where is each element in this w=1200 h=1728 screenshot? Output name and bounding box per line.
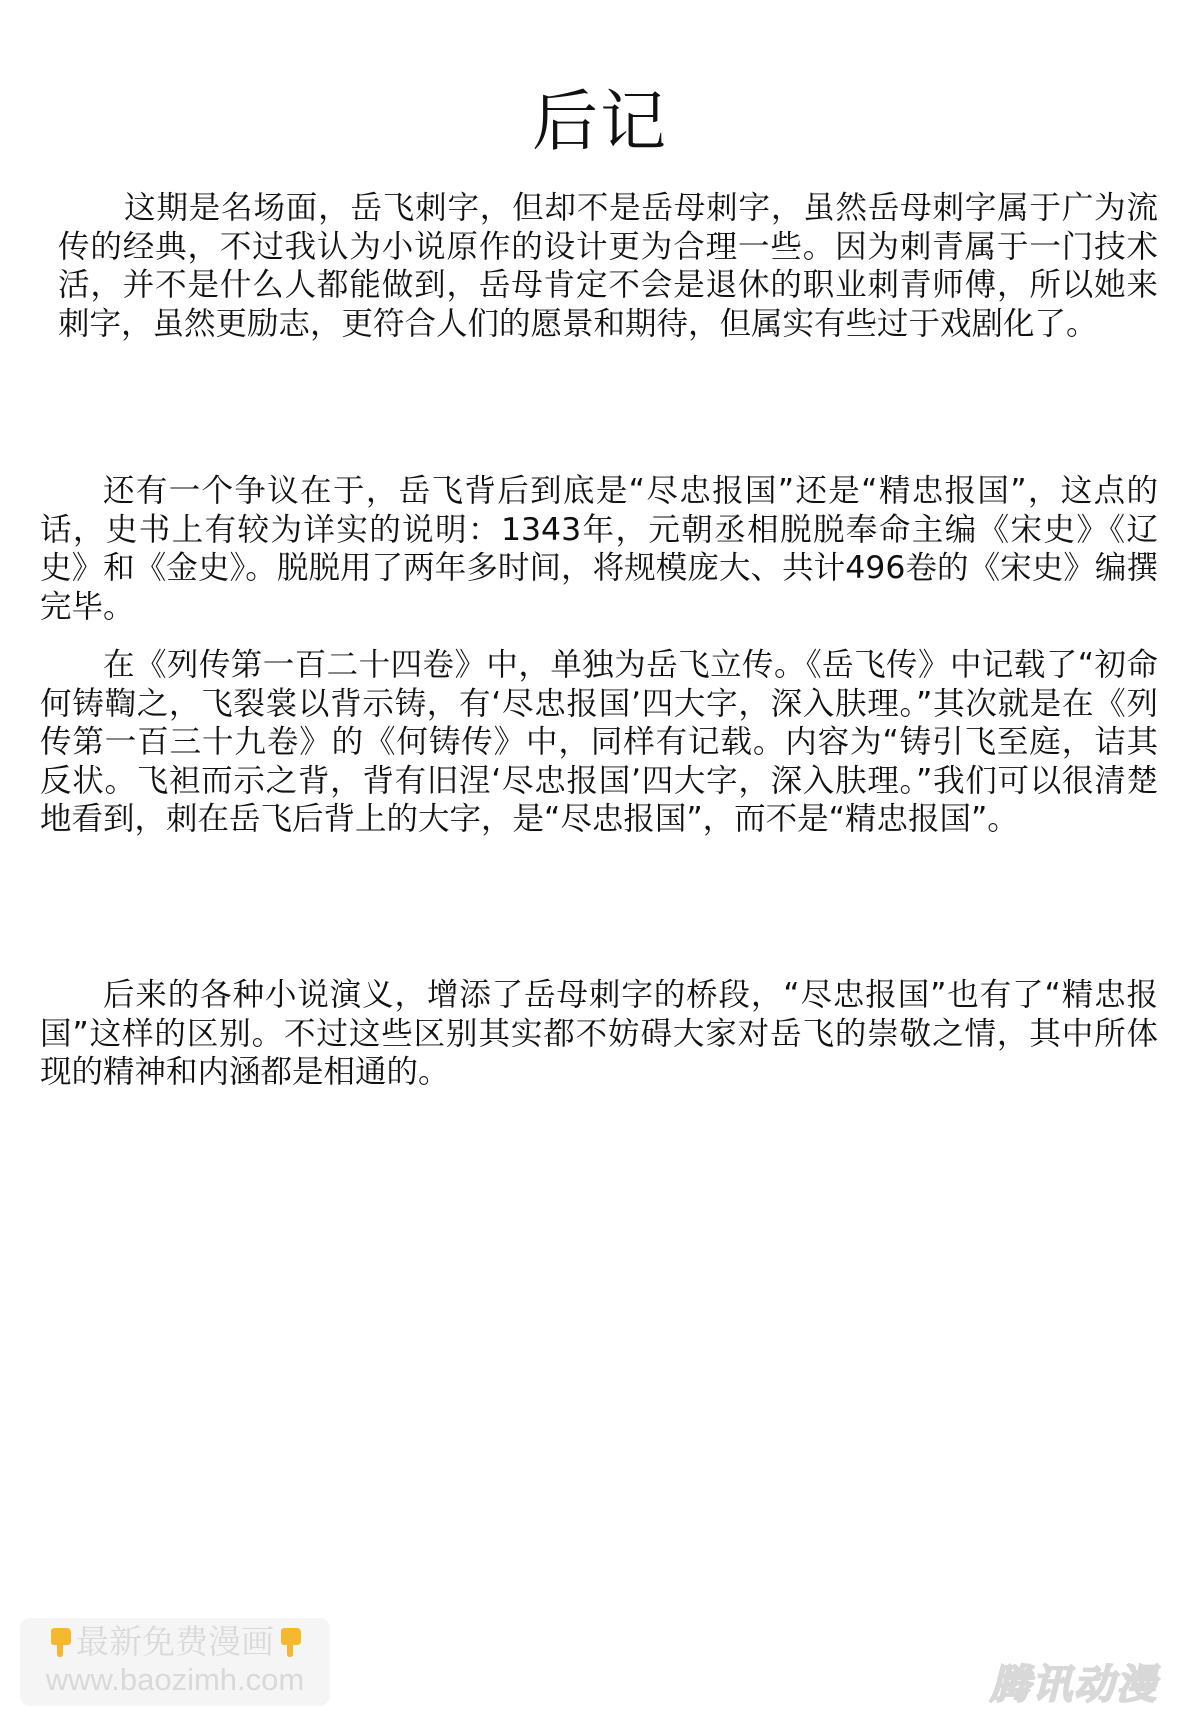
paragraph-1: 这期是名场面，岳飞刺字，但却不是岳母刺字，虽然岳母刺字属于广为流传的经典，不过我…: [58, 189, 1158, 343]
hand-pointing-down-icon: [47, 1627, 73, 1657]
watermark-headline: 最新免费漫画: [20, 1622, 330, 1662]
page-title: 后记: [0, 82, 1200, 162]
hand-pointing-down-icon: [277, 1627, 303, 1657]
paragraph-4: 后来的各种小说演义，增添了岳母刺字的桥段，“尽忠报国”也有了“精忠报国”这样的区…: [40, 976, 1158, 1092]
watermark-url[interactable]: www.baozimh.com: [20, 1662, 330, 1698]
paragraph-1-text: 这期是名场面，岳飞刺字，但却不是岳母刺字，虽然岳母刺字属于广为流传的经典，不过我…: [58, 189, 1158, 343]
brand-logo: 腾讯动漫: [990, 1658, 1180, 1712]
watermark-line1-text: 最新免费漫画: [76, 1623, 274, 1660]
paragraph-2: 还有一个争议在于，岳飞背后到底是“尽忠报国”还是“精忠报国”，这点的话，史书上有…: [40, 472, 1158, 626]
paragraph-3: 在《列传第一百二十四卷》中，单独为岳飞立传。《岳飞传》中记载了“初命何铸鞫之，飞…: [40, 646, 1158, 839]
watermark-banner[interactable]: 最新免费漫画 www.baozimh.com: [20, 1618, 330, 1706]
